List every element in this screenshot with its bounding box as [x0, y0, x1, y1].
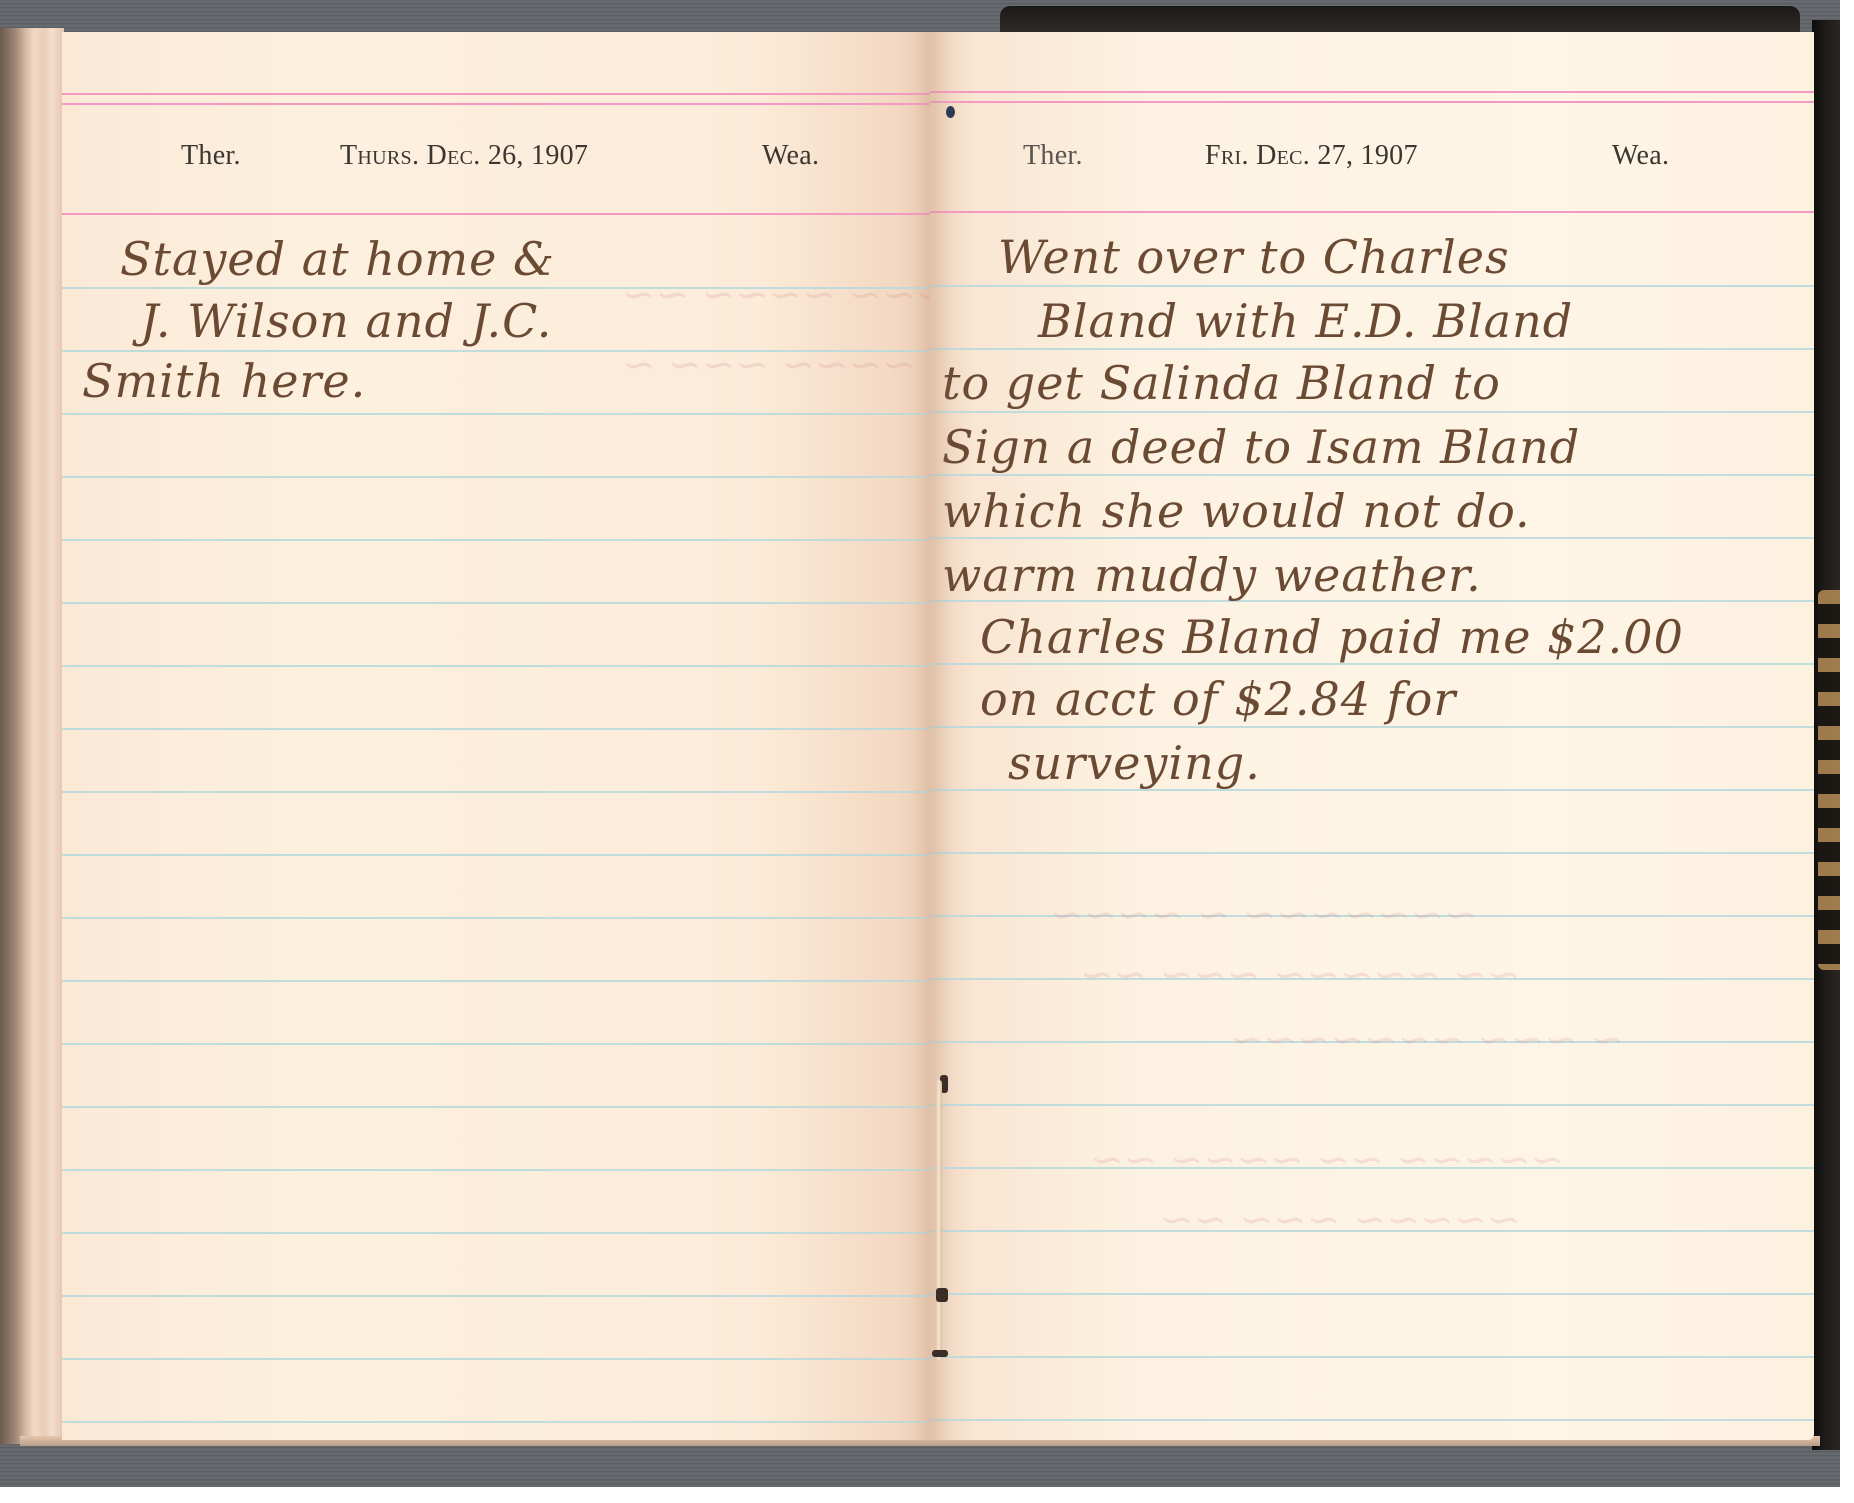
ruled-line — [930, 474, 1814, 476]
ruled-line — [62, 1421, 932, 1423]
diary-entry-line: surveying. — [1008, 736, 1261, 790]
ruled-line — [62, 1043, 932, 1045]
diary-entry-line: Charles Bland paid me $2.00 — [980, 610, 1684, 664]
bleed-through-ink: ~~ ~~~~~ ~~~ ~~ — [1080, 952, 1520, 998]
ruled-line — [930, 852, 1814, 854]
ruled-line — [62, 917, 932, 919]
header-rule-top — [62, 93, 932, 95]
ruled-line — [62, 980, 932, 982]
page-date: Fri. Dec. 27, 1907 — [1205, 140, 1418, 172]
page-stack-edge — [0, 28, 64, 1444]
weather-label: Wea. — [1612, 140, 1669, 172]
ruled-line — [62, 1169, 932, 1171]
ruled-line — [62, 1232, 932, 1234]
ruled-line — [930, 726, 1814, 728]
ruled-line — [930, 411, 1814, 413]
bleed-through-ink: ~~~~~~~ ~ ~~~~ — [1050, 892, 1478, 938]
diary-entry-line: Stayed at home & — [120, 232, 555, 286]
ink-blot — [946, 106, 955, 118]
binding-stitch — [936, 1288, 948, 1302]
diary-entry-line: warm muddy weather. — [942, 548, 1482, 602]
header-rule-top-second — [62, 103, 932, 105]
ruled-line — [62, 854, 932, 856]
ruled-line — [62, 1358, 932, 1360]
page-date: Thurs. Dec. 26, 1907 — [340, 140, 588, 172]
bleed-through-ink: ~~~~~ ~~ ~~~~ ~~ — [1090, 1137, 1564, 1183]
thermometer-label: Ther. — [181, 140, 241, 172]
header-rule-bottom — [62, 213, 932, 215]
diary-entry-line: J. Wilson and J.C. — [140, 294, 552, 348]
diary-entry-line: Went over to Charles — [998, 230, 1510, 284]
binding-stitch — [932, 1350, 948, 1357]
diary-page-right: Ther. Fri. Dec. 27, 1907 Wea. ~~~~~~~ ~ … — [930, 32, 1814, 1440]
diary-page-left: Ther. Thurs. Dec. 26, 1907 Wea. ~~~ ~~~~… — [62, 32, 932, 1440]
ruled-line — [930, 348, 1814, 350]
diary-entry-line: Sign a deed to Isam Bland — [942, 420, 1580, 474]
header-rule-top — [930, 91, 1814, 93]
diary-entry-line: to get Salinda Bland to — [942, 356, 1501, 410]
cover-ornament — [1818, 590, 1840, 970]
header-rule-bottom — [930, 211, 1814, 213]
header-rule-top-second — [930, 101, 1814, 103]
ruled-line — [930, 285, 1814, 287]
ruled-line — [930, 1419, 1814, 1421]
ruled-line — [62, 413, 932, 415]
ruled-line — [62, 602, 932, 604]
bleed-through-ink: ~ ~~~ ~~~~~~~ — [1230, 1017, 1624, 1063]
book-cover-top — [1000, 6, 1800, 32]
bleed-through-ink: ~~~ ~~~~ ~~ — [622, 272, 932, 318]
diary-entry-line: which she would not do. — [942, 484, 1531, 538]
ruled-line — [62, 476, 932, 478]
ruled-line — [62, 728, 932, 730]
ruled-line — [930, 1356, 1814, 1358]
binding-thread — [936, 1080, 942, 1360]
weather-label: Wea. — [762, 140, 819, 172]
ruled-line — [930, 1293, 1814, 1295]
ruled-line — [62, 665, 932, 667]
diary-entry-line: Bland with E.D. Bland — [1038, 294, 1573, 348]
thermometer-label: Ther. — [1023, 140, 1083, 172]
ruled-line — [62, 1106, 932, 1108]
ruled-line — [62, 539, 932, 541]
diary-entry-line: Smith here. — [82, 354, 366, 408]
ruled-line — [62, 1295, 932, 1297]
bleed-through-ink: ~~~~ ~~~ ~ — [622, 342, 916, 388]
diary-entry-line: on acct of $2.84 for — [980, 672, 1456, 726]
ruled-line — [930, 1104, 1814, 1106]
ruled-line — [62, 791, 932, 793]
bleed-through-ink: ~~~~~ ~~~ ~~ — [1160, 1197, 1521, 1243]
